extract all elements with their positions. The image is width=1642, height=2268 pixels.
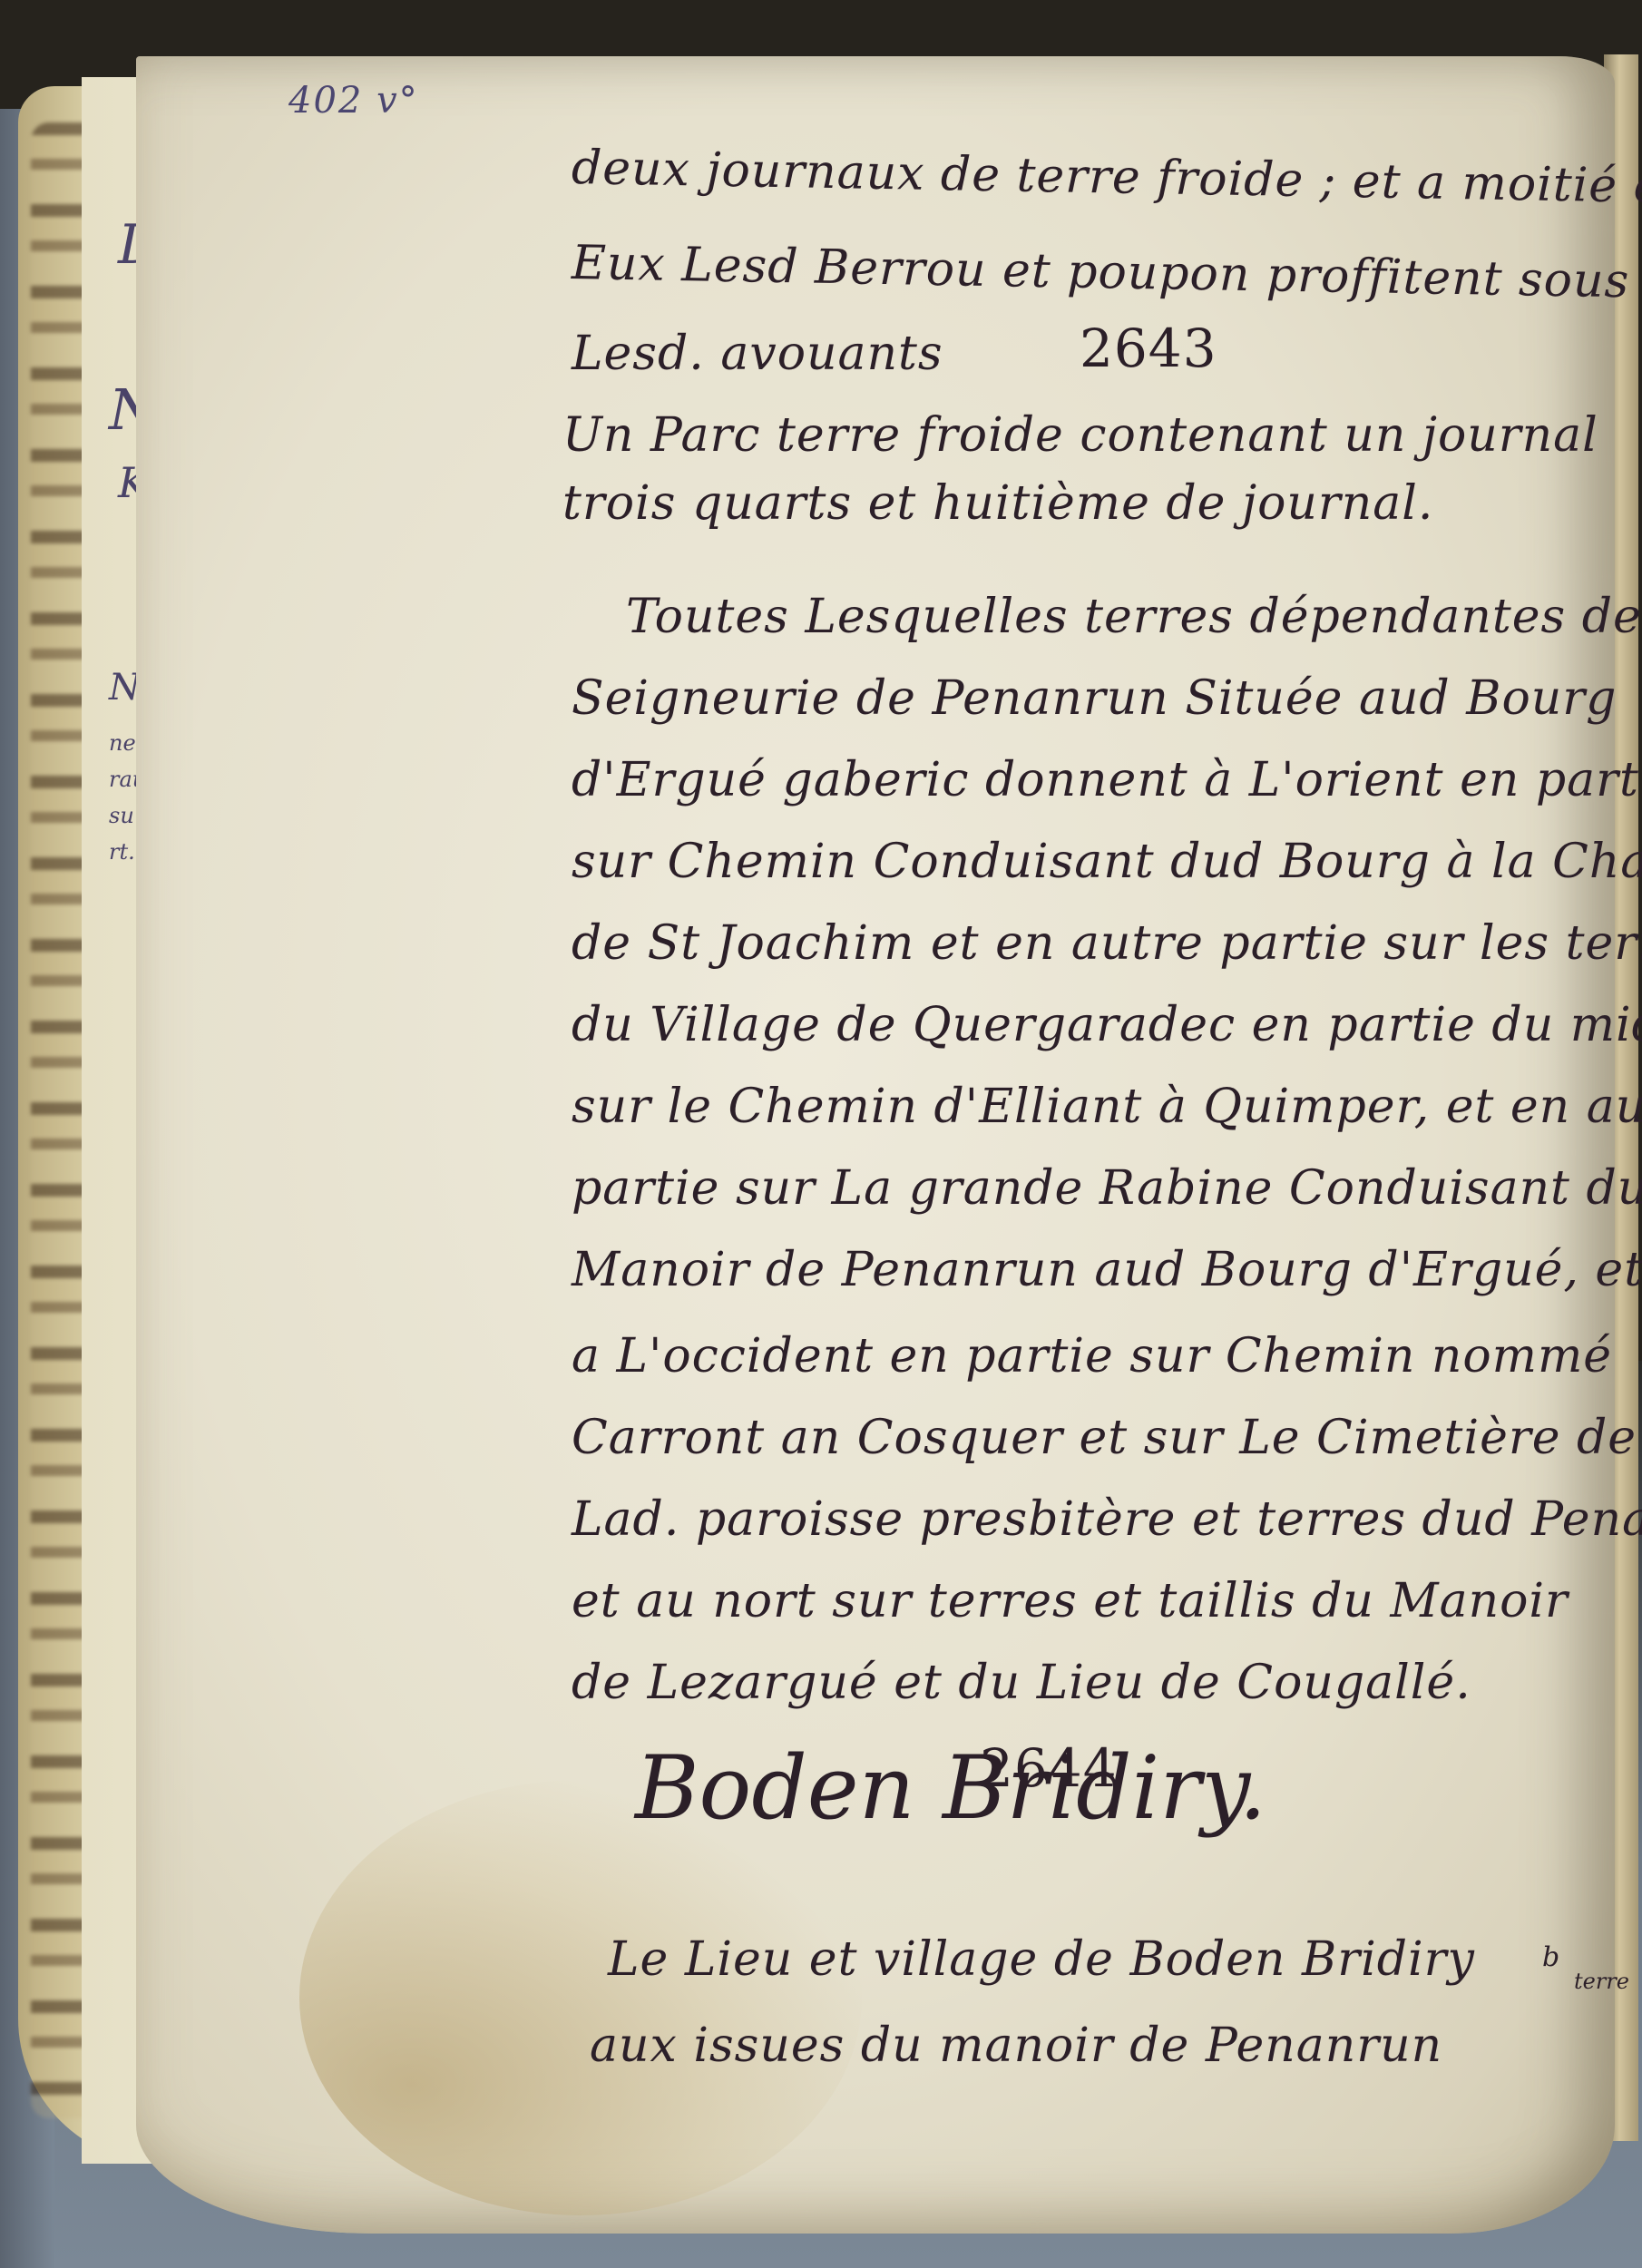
text-line: Seigneurie de Penanrun Située aud Bourg [572,671,1617,726]
section-heading: Boden Bridiry. [635,1737,1266,1839]
manuscript-page [136,56,1615,2234]
text-line: trois quarts et huitième de journal. [562,476,1433,531]
text-line: Lesd. avouants [572,327,943,381]
text-line: Carront an Cosquer et sur Le Cimetière d… [572,1411,1637,1465]
text-line: aux issues du manoir de Penanrun [590,2019,1442,2073]
text-line: du Village de Quergaradec en partie du m… [572,998,1642,1052]
margin-note: rt. [109,839,135,865]
interlinear-annotation: terre [1574,1969,1629,1994]
text-line: Toutes Lesquelles terres dépendantes de … [626,590,1642,644]
water-stain [299,1780,862,2215]
text-line: sur Chemin Conduisant dud Bourg à la Cha… [572,835,1642,889]
text-line: a L'occident en partie sur Chemin nommé [572,1329,1612,1383]
interlinear-annotation: b [1542,1941,1559,1973]
text-line: de St Joachim et en autre partie sur les… [572,916,1642,971]
text-line: de Lezargué et du Lieu de Cougallé. [572,1656,1471,1710]
text-line: d'Ergué gaberic donnent à L'orient en pa… [572,753,1642,807]
margin-note: su [109,803,134,828]
text-line: Un Parc terre froide contenant un journa… [562,408,1598,463]
text-line: Lad. paroisse presbitère et terres dud P… [572,1492,1642,1547]
text-line: Le Lieu et village de Boden Bridiry [608,1932,1475,1987]
text-line: partie sur La grande Rabine Conduisant d… [572,1161,1642,1216]
text-line: et au nort sur terres et taillis du Mano… [572,1574,1569,1628]
entry-number: 2643 [1080,318,1217,379]
text-line: sur le Chemin d'Elliant à Quimper, et en… [572,1080,1642,1134]
folio-number: 402 v° [288,80,419,122]
text-line: Manoir de Penanrun aud Bourg d'Ergué, et [572,1243,1642,1297]
